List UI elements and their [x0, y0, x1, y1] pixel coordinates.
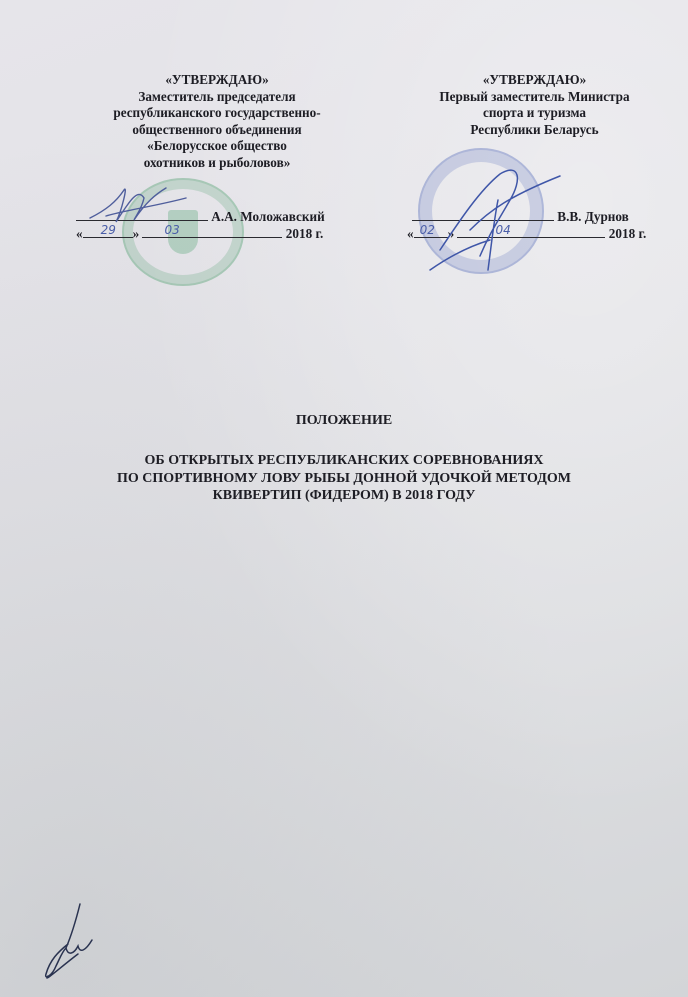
position-line: спорта и туризма — [402, 105, 667, 122]
position-line: общественного объединения — [72, 122, 362, 139]
position-line: Заместитель председателя — [72, 89, 362, 106]
approval-heading: «УТВЕРЖДАЮ» — [72, 72, 362, 89]
position-line: республиканского государственно- — [72, 105, 362, 122]
position-line: Республики Беларусь — [402, 122, 667, 139]
document-title: ПОЛОЖЕНИЕ — [0, 413, 688, 429]
approval-block-right: «УТВЕРЖДАЮ» Первый заместитель Министра … — [402, 72, 667, 138]
initials-signature-icon — [22, 900, 102, 980]
approval-block-left: «УТВЕРЖДАЮ» Заместитель председателя рес… — [72, 72, 362, 171]
subtitle-line: ОБ ОТКРЫТЫХ РЕСПУБЛИКАНСКИХ СОРЕВНОВАНИЯ… — [0, 452, 688, 470]
subtitle-line: КВИВЕРТИП (ФИДЕРОМ) В 2018 ГОДУ — [0, 487, 688, 505]
approval-heading: «УТВЕРЖДАЮ» — [402, 72, 667, 89]
document-page: «УТВЕРЖДАЮ» Заместитель председателя рес… — [0, 0, 688, 997]
document-subtitle: ОБ ОТКРЫТЫХ РЕСПУБЛИКАНСКИХ СОРЕВНОВАНИЯ… — [0, 452, 688, 505]
position-line: «Белорусское общество — [72, 138, 362, 155]
signature-left-icon — [86, 180, 196, 230]
position-line: охотников и рыболовов» — [72, 155, 362, 172]
quote-open: « — [76, 226, 83, 241]
position-line: Первый заместитель Министра — [402, 89, 667, 106]
signature-right-icon — [410, 160, 580, 280]
signatory-name: А.А. Моложавский — [211, 209, 324, 224]
date-year: 2018 г. — [609, 226, 646, 241]
subtitle-line: ПО СПОРТИВНОМУ ЛОВУ РЫБЫ ДОННОЙ УДОЧКОЙ … — [0, 470, 688, 488]
date-year: 2018 г. — [286, 226, 323, 241]
